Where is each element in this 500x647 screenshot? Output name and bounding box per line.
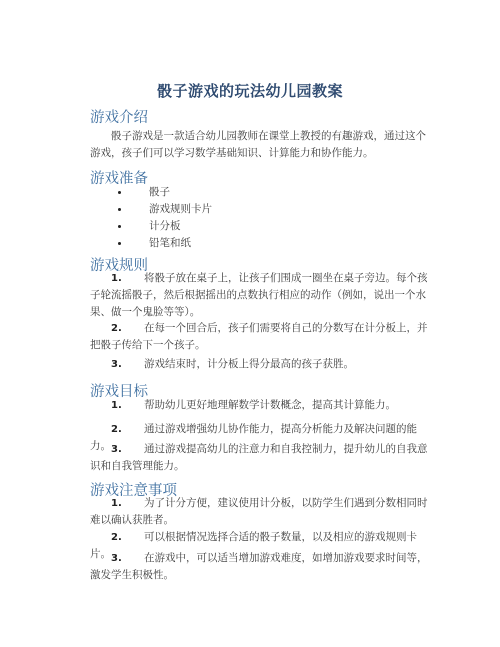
- prep-item: 骰子: [118, 184, 212, 201]
- bullet-icon: [118, 208, 121, 211]
- bullet-icon: [118, 242, 121, 245]
- goal-item: 1.帮助幼儿更好地理解数学计数概念，提高其计算能力。: [90, 397, 435, 414]
- document-page: 骰子游戏的玩法幼儿园教案 游戏介绍 骰子游戏是一款适合幼儿园教师在课堂上教授的有…: [0, 0, 500, 647]
- document-title: 骰子游戏的玩法幼儿园教案: [0, 80, 500, 101]
- note-item: 1.为了计分方便，建议使用计分板，以防学生们遇到分数相同时难以确认获胜者。: [90, 495, 435, 529]
- bullet-icon: [118, 225, 121, 228]
- bullet-icon: [118, 191, 121, 194]
- goal-item: 3.通过游戏提高幼儿的注意力和自我控制力，提升幼儿的自我意识和自我管理能力。: [90, 441, 435, 475]
- prep-item: 游戏规则卡片: [118, 201, 212, 218]
- prep-item: 计分板: [118, 218, 212, 235]
- rule-item: 3.游戏结束时，计分板上得分最高的孩子获胜。: [90, 356, 435, 373]
- rule-item: 1.将骰子放在桌子上，让孩子们围成一圈坐在桌子旁边。每个孩子轮流摇骰子，然后根据…: [90, 270, 435, 321]
- prep-item: 铅笔和纸: [118, 235, 212, 252]
- prep-list: 骰子 游戏规则卡片 计分板 铅笔和纸: [118, 184, 212, 252]
- rule-item: 2.在每一个回合后，孩子们需要将自己的分数写在计分板上，并把骰子传给下一个孩子。: [90, 320, 435, 354]
- intro-paragraph: 骰子游戏是一款适合幼儿园教师在课堂上教授的有趣游戏，通过这个游戏，孩子们可以学习…: [90, 128, 435, 162]
- heading-intro: 游戏介绍: [90, 106, 148, 127]
- note-item: 3.在游戏中，可以适当增加游戏难度，如增加游戏要求时间等，激发学生积极性。: [90, 550, 435, 584]
